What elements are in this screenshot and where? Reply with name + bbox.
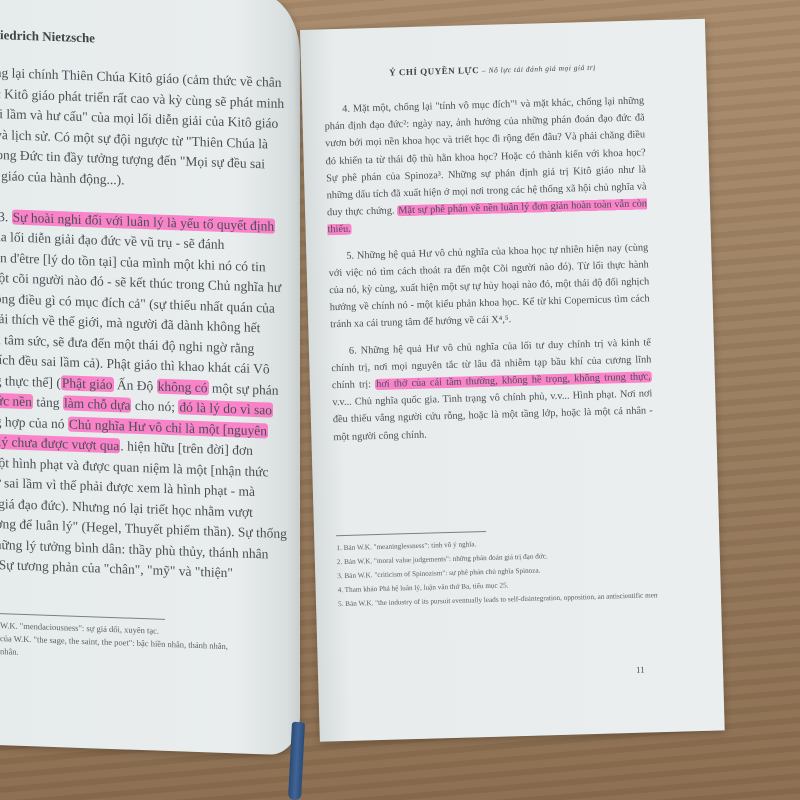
text-run: 5. Những hệ quả Hư vô chủ nghĩa của khoa… <box>329 242 650 331</box>
highlighted-text: đức nền <box>0 393 33 410</box>
text-run: ng thực thể] ( <box>0 372 61 390</box>
right-footnotes: 1. Bản W.K. "meaninglessness": tính vô ý… <box>336 532 658 611</box>
text-run: ng hợp của nó <box>0 413 68 431</box>
paragraph: 6. Những hệ quả Hư vô chủ nghĩa của lối … <box>331 334 654 446</box>
highlighted-text: làm chỗ dựa <box>63 395 132 412</box>
highlighted-text: Phật giáo <box>61 375 114 392</box>
running-head-subtitle: – Nỗ lực tái đánh giá mọi giá trị <box>482 63 596 75</box>
text-run: ật giáo của hành động...). <box>0 167 124 187</box>
text-run: một sự phán <box>209 380 279 397</box>
left-page-body: ống lại chính Thiên Chúa Kitô giáo (cảm … <box>0 63 288 586</box>
running-head-title: Ý CHÍ QUYỀN LỰC <box>389 65 479 78</box>
right-running-head: Ý CHÍ QUYỀN LỰC – Nỗ lực tái đánh giá mọ… <box>389 62 596 78</box>
highlighted-text: đó là lý do vì sao <box>178 399 273 417</box>
highlighted-text: không có <box>157 378 209 395</box>
text-run: cho nó; <box>131 398 178 415</box>
left-footnotes: W.K. "mendaciousness": sự giả dối, xuyên… <box>0 619 228 666</box>
footnote-divider <box>336 531 486 536</box>
page-number: 11 <box>636 665 645 675</box>
left-running-head: iedrich Nietzsche <box>0 27 95 46</box>
text-run: ỹ 3. <box>0 208 12 224</box>
text-run: v.v... Chủ nghĩa quốc gia. Tình trạng vô… <box>332 389 653 443</box>
highlighted-text: s lý chưa được vượt qua <box>0 434 120 454</box>
left-page: iedrich Nietzsche ống lại chính Thiên Ch… <box>0 0 300 756</box>
footnote-divider <box>0 613 165 620</box>
text-run: . hiện hữu [trên đời] đơn <box>120 438 253 458</box>
text-run: tảng <box>33 394 63 410</box>
paragraph: 5. Những hệ quả Hư vô chủ nghĩa của khoa… <box>328 239 650 334</box>
paragraph: 4. Mặt một, chống lại "tính vô mục đích"… <box>324 92 648 239</box>
text-run: Ấn Độ <box>114 377 157 394</box>
right-page: Ý CHÍ QUYỀN LỰC – Nỗ lực tái đánh giá mọ… <box>300 19 725 742</box>
highlighted-text: hơi thở của cái tầm thường, không hề trọ… <box>375 371 652 390</box>
right-page-body: 4. Mặt một, chống lại "tính vô mục đích"… <box>324 92 654 455</box>
